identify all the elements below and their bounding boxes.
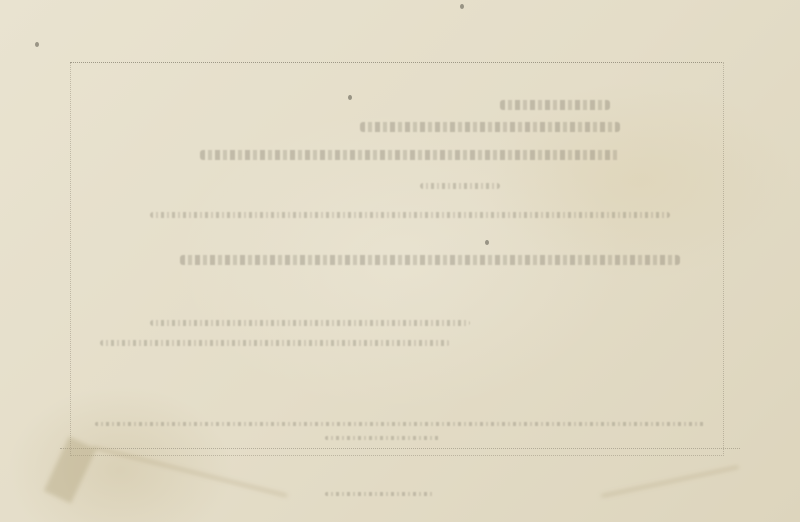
printer-line	[325, 492, 435, 496]
title-line	[360, 122, 620, 132]
body-line-1	[150, 212, 670, 218]
document-page	[0, 0, 800, 522]
subtitle-line-2	[420, 183, 500, 189]
subtitle-line-1	[200, 150, 620, 160]
ink-speck	[35, 42, 39, 47]
bottom-rule	[60, 448, 740, 449]
top-rule	[70, 62, 722, 63]
footnote-line-2	[325, 436, 440, 440]
amount-line	[180, 255, 680, 265]
ink-speck	[485, 240, 489, 245]
fold-crease-left	[44, 436, 97, 503]
body-line-2	[150, 320, 470, 326]
fold-crease-right	[601, 465, 739, 497]
body-line-3	[100, 340, 450, 346]
header-line	[500, 100, 610, 110]
ink-speck	[460, 4, 464, 9]
footnote-line-1	[95, 422, 705, 426]
ink-speck	[348, 95, 352, 100]
